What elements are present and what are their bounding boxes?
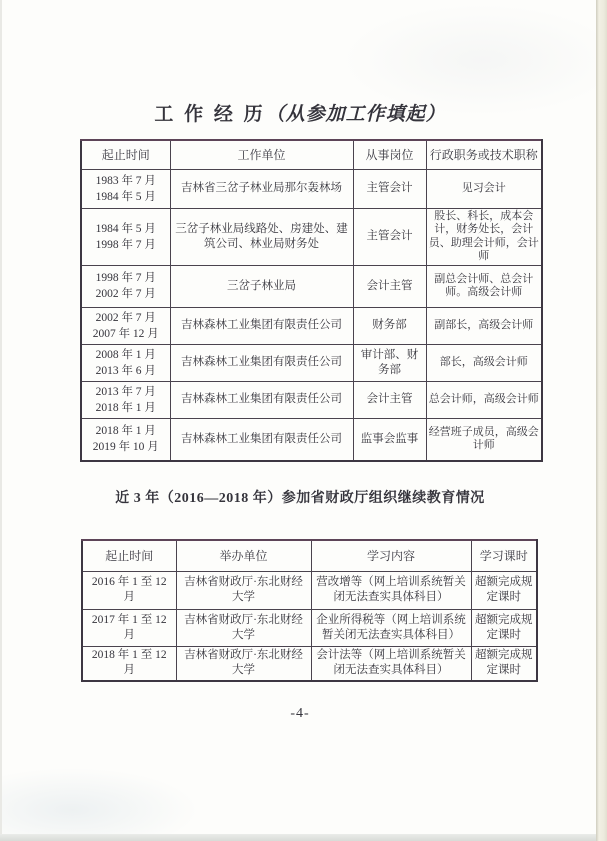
period-cell: 1983 年 7 月1984 年 5 月	[81, 169, 170, 208]
work-history-section-title: 工 作 经 历（从参加工作填起）	[2, 99, 598, 126]
table-row: 2002 年 7 月2007 年 12 月吉林森林工业集团有限责任公司财务部副部…	[81, 307, 542, 344]
table-row: 2018 年 1 至 12 月吉林省财政厅·东北财经大学会计法等（网上培训系统暂…	[82, 646, 537, 681]
period-cell: 1998 年 7 月2002 年 7 月	[81, 265, 170, 307]
column-header-title: 行政职务或技术职称	[426, 140, 542, 169]
page-number: -4-	[2, 706, 598, 722]
period-cell: 1984 年 5 月1998 年 7 月	[81, 208, 170, 265]
table-row: 2013 年 7 月2018 年 1 月吉林森林工业集团有限责任公司会计主管总会…	[81, 381, 542, 418]
hours-cell: 超额完成规定课时	[471, 646, 537, 681]
organizer-cell: 吉林省财政厅·东北财经大学	[176, 609, 311, 646]
period-line: 1983 年 7 月	[84, 173, 168, 189]
table-row: 2016 年 1 至 12 月吉林省财政厅·东北财经大学营改增等（网上培训系统暂…	[82, 571, 537, 609]
unit-cell: 吉林森林工业集团有限责任公司	[170, 418, 353, 461]
title-cell: 副总会计师、总会计师。高级会计师	[426, 265, 542, 307]
post-cell: 会计主管	[353, 381, 426, 418]
unit-cell: 吉林森林工业集团有限责任公司	[170, 344, 353, 381]
continuing-education-section-title: 近 3 年（2016—2018 年）参加省财政厅组织继续教育情况	[2, 487, 598, 507]
period-line: 2002 年 7 月	[84, 286, 168, 302]
period-cell: 2013 年 7 月2018 年 1 月	[81, 381, 170, 418]
period-line: 2018 年 1 月	[84, 423, 168, 439]
title-cell: 总会计师，高级会计师	[426, 381, 542, 418]
content-cell: 企业所得税等（网上培训系统暂关闭无法查实具体科目）	[311, 609, 471, 646]
content-cell: 营改增等（网上培训系统暂关闭无法查实具体科目）	[311, 571, 471, 609]
post-cell: 主管会计	[353, 208, 426, 265]
title-cell: 副部长，高级会计师	[426, 307, 542, 344]
unit-cell: 吉林森林工业集团有限责任公司	[170, 381, 353, 418]
post-cell: 主管会计	[353, 169, 426, 208]
hours-cell: 超额完成规定课时	[471, 571, 537, 609]
column-header-content: 学习内容	[311, 540, 471, 571]
period-cell: 2017 年 1 至 12 月	[82, 609, 176, 646]
column-header-period: 起止时间	[82, 540, 176, 571]
unit-cell: 吉林森林工业集团有限责任公司	[170, 307, 353, 344]
work-history-table: 起止时间 工作单位 从事岗位 行政职务或技术职称 1983 年 7 月1984 …	[80, 139, 543, 462]
title-cell: 经营班子成员，高级会计师	[426, 418, 542, 461]
header-row: 起止时间 举办单位 学习内容 学习课时	[82, 540, 537, 571]
column-header-period: 起止时间	[81, 140, 170, 169]
document-page: 工 作 经 历（从参加工作填起） 起止时间 工作单位 从事岗位 行政职务或技术职…	[0, 0, 598, 841]
period-line: 2002 年 7 月	[84, 310, 168, 326]
table-row: 2008 年 1 月2013 年 6 月吉林森林工业集团有限责任公司审计部、财务…	[81, 344, 542, 381]
period-line: 1984 年 5 月	[84, 221, 168, 237]
period-line: 2013 年 6 月	[84, 363, 168, 379]
period-cell: 2002 年 7 月2007 年 12 月	[81, 307, 170, 344]
title-cell: 股长、科长，成本会计，财务处长，会计员、助理会计师，会计师	[426, 208, 542, 265]
hours-cell: 超额完成规定课时	[471, 609, 537, 646]
period-cell: 2008 年 1 月2013 年 6 月	[81, 344, 170, 381]
unit-cell: 三岔子林业局	[170, 265, 353, 307]
period-line: 2013 年 7 月	[84, 384, 168, 400]
title-cell: 部长，高级会计师	[426, 344, 542, 381]
post-cell: 会计主管	[353, 265, 426, 307]
period-line: 2018 年 1 月	[84, 400, 168, 416]
period-line: 1998 年 7 月	[84, 270, 168, 286]
work-history-table-body: 1983 年 7 月1984 年 5 月吉林省三岔子林业局那尔轰林场主管会计见习…	[81, 169, 542, 461]
table-row: 1984 年 5 月1998 年 7 月三岔子林业局线路处、房建处、建筑公司、林…	[81, 208, 542, 265]
table-row: 1998 年 7 月2002 年 7 月三岔子林业局会计主管副总会计师、总会计师…	[81, 265, 542, 307]
title-cell: 见习会计	[426, 169, 542, 208]
table-row: 2017 年 1 至 12 月吉林省财政厅·东北财经大学企业所得税等（网上培训系…	[82, 609, 537, 646]
period-line: 2019 年 10 月	[84, 439, 168, 455]
period-cell: 2018 年 1 月2019 年 10 月	[81, 418, 170, 461]
post-cell: 财务部	[353, 307, 426, 344]
period-cell: 2016 年 1 至 12 月	[82, 571, 176, 609]
period-line: 2007 年 12 月	[84, 326, 168, 342]
continuing-education-table: 起止时间 举办单位 学习内容 学习课时 2016 年 1 至 12 月吉林省财政…	[81, 539, 538, 682]
post-cell: 监事会监事	[353, 418, 426, 461]
organizer-cell: 吉林省财政厅·东北财经大学	[176, 646, 311, 681]
content-cell: 会计法等（网上培训系统暂关闭无法查实具体科目）	[311, 646, 471, 681]
column-header-post: 从事岗位	[353, 140, 426, 169]
period-line: 1998 年 7 月	[84, 237, 168, 253]
work-history-title-note: （从参加工作填起）	[266, 104, 446, 125]
column-header-hours: 学习课时	[471, 540, 537, 571]
unit-cell: 三岔子林业局线路处、房建处、建筑公司、林业局财务处	[170, 208, 353, 265]
period-line: 2008 年 1 月	[84, 347, 168, 363]
unit-cell: 吉林省三岔子林业局那尔轰林场	[170, 169, 353, 208]
work-history-table-header: 起止时间 工作单位 从事岗位 行政职务或技术职称	[81, 140, 542, 169]
post-cell: 审计部、财务部	[353, 344, 426, 381]
table-row: 1983 年 7 月1984 年 5 月吉林省三岔子林业局那尔轰林场主管会计见习…	[81, 169, 542, 208]
column-header-organizer: 举办单位	[176, 540, 311, 571]
period-line: 1984 年 5 月	[84, 189, 168, 205]
scanner-edge-right	[596, 0, 607, 841]
scanner-edge-bottom	[0, 834, 596, 841]
education-table-body: 2016 年 1 至 12 月吉林省财政厅·东北财经大学营改增等（网上培训系统暂…	[82, 571, 537, 681]
organizer-cell: 吉林省财政厅·东北财经大学	[176, 571, 311, 609]
work-history-title-text: 工 作 经 历	[154, 104, 265, 125]
education-table-header: 起止时间 举办单位 学习内容 学习课时	[82, 540, 537, 571]
table-row: 2018 年 1 月2019 年 10 月吉林森林工业集团有限责任公司监事会监事…	[81, 418, 542, 461]
period-cell: 2018 年 1 至 12 月	[82, 646, 176, 681]
header-row: 起止时间 工作单位 从事岗位 行政职务或技术职称	[81, 140, 542, 169]
column-header-unit: 工作单位	[170, 140, 353, 169]
